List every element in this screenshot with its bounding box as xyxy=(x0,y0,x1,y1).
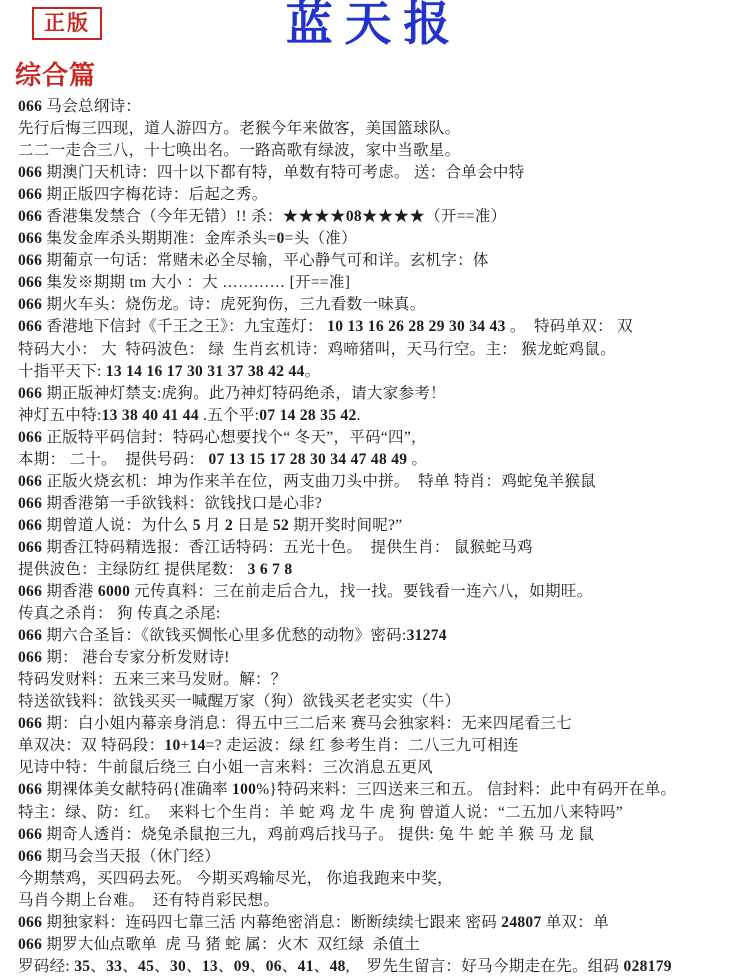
report-line: 传真之杀肖： 狗 传真之杀尾: xyxy=(18,603,732,625)
report-line: 066 期葡京一句话：常赌未必全尽输，平心静气可和详。玄机字：体 xyxy=(18,250,732,272)
report-line: 066 期澳门天机诗：四十以下都有特，单数有特可考虑。 送：合单会中特 xyxy=(18,162,732,184)
report-line: 066 期裸体美女献特码{准确率 100%}特码来料：三四送来三和五。 信封料：… xyxy=(18,779,732,801)
report-line: 特码大小： 大 特码波色： 绿 生肖玄机诗：鸡啼猪叫，天马行空。主： 猴龙蛇鸡鼠… xyxy=(18,339,732,361)
report-line: 066 正版火烧玄机：坤为作来羊在位，两支曲刀头中拼。 特单 特肖：鸡蛇兔羊猴鼠 xyxy=(18,471,732,493)
report-body: 066 马会总纲诗：先行后悔三四现，道人游四方。老猴今年来做客，美国篮球队。二二… xyxy=(18,96,732,977)
report-line: 066 正版特平码信封：特码心想要找个“ 冬天”，平码“四”， xyxy=(18,427,732,449)
bluesky-report-page: 正版 蓝 天 报 综合篇 066 马会总纲诗：先行后悔三四现，道人游四方。老猴今… xyxy=(0,0,736,977)
report-line: 066 集发金库杀头期期准：金库杀头=0=头（准） xyxy=(18,228,732,250)
report-line: 066 香港集发禁合（今年无错）!! 杀：★★★★08★★★★（开==准） xyxy=(18,206,732,228)
report-line: 066 马会总纲诗： xyxy=(18,96,732,118)
report-line: 066 期正版神灯禁支:虎狗。此乃神灯特码绝杀，请大家参考！ xyxy=(18,383,732,405)
report-line: 特码发财料：五来三来马发财。解：？ xyxy=(18,669,732,691)
report-line: 066 期马会当天报（休门经） xyxy=(18,846,732,868)
page-title: 蓝 天 报 xyxy=(0,0,736,55)
report-line: 见诗中特：牛前鼠后绕三 白小姐一言来料：三次消息五更风 xyxy=(18,757,732,779)
report-line: 十指平天下: 13 14 16 17 30 31 37 38 42 44。 xyxy=(18,361,732,383)
report-line: 神灯五中特:13 38 40 41 44 .五个平:07 14 28 35 42… xyxy=(18,405,732,427)
report-line: 066 期香港第一手欲钱料：欲钱找口是心非? xyxy=(18,493,732,515)
report-line: 单双决：双 特码段：10+14=? 走运波：绿 红 参考生肖：二八三九可相连 xyxy=(18,735,732,757)
report-line: 066 期独家料：连码四七靠三活 内幕绝密消息：断断续续七跟来 密码 24807… xyxy=(18,912,732,934)
report-line: 066 期香港 6000 元传真料：三在前走后合九，找一找。要钱看一连六八，如期… xyxy=(18,581,732,603)
report-line: 066 期正版四字梅花诗：后起之秀。 xyxy=(18,184,732,206)
section-title: 综合篇 xyxy=(15,55,96,92)
report-line: 特主：绿、防：红。 来料七个生肖：羊 蛇 鸡 龙 牛 虎 狗 曾道人说：“二五加… xyxy=(18,802,732,824)
report-line: 066 香港地下信封《千王之王》：九宝莲灯： 10 13 16 26 28 29… xyxy=(18,316,732,338)
report-line: 066 集发※期期 tm 大小 ：大 ………… [开==准] xyxy=(18,272,732,294)
report-line: 二二一走合三八，十七唤出名。一路高歌有绿波，家中当歌星。 xyxy=(18,140,732,162)
report-line: 066 期奇人透肖：烧兔杀鼠抱三九，鸡前鸡后找马子。 提供: 兔 牛 蛇 羊 猴… xyxy=(18,824,732,846)
report-line: 066 期：白小姐内幕亲身消息：得五中三二后来 赛马会独家料：无来四尾看三七 xyxy=(18,713,732,735)
report-line: 066 期罗大仙点歌单 虎 马 猪 蛇 属：火木 双红绿 杀值土 xyxy=(18,934,732,956)
report-line: 066 期六合圣旨：《欲钱买惆怅心里多优愁的动物》密码:31274 xyxy=(18,625,732,647)
report-line: 今期禁鸡，买四码去死。 今期买鸡输尽光， 你追我跑来中奖， xyxy=(18,868,732,890)
report-line: 特送欲钱料：欲钱买买一喊醒万家（狗）欲钱买老老实实（牛） xyxy=(18,691,732,713)
report-line: 先行后悔三四现，道人游四方。老猴今年来做客，美国篮球队。 xyxy=(18,118,732,140)
report-line: 066 期： 港台专家分析发财诗! xyxy=(18,647,732,669)
report-line: 066 期香江特码精选报：香江话特码：五光十色。 提供生肖： 鼠猴蛇马鸡 xyxy=(18,537,732,559)
report-line: 本期： 二十。 提供号码： 07 13 15 17 28 30 34 47 48… xyxy=(18,449,732,471)
report-line: 066 期火车头：烧伤龙。诗：虎死狗伤，三九看数一味真。 xyxy=(18,294,732,316)
report-line: 罗码经: 35、33、45、30、13、09、06、41、48, 罗先生留言：好… xyxy=(18,956,732,977)
report-line: 066 期曾道人说：为什么 5 月 2 日是 52 期开奖时间呢?” xyxy=(18,515,732,537)
report-line: 提供波色：主绿防红 提供尾数： 3 6 7 8 xyxy=(18,559,732,581)
report-line: 马肖今期上台难。 还有特肖彩民想。 xyxy=(18,890,732,912)
